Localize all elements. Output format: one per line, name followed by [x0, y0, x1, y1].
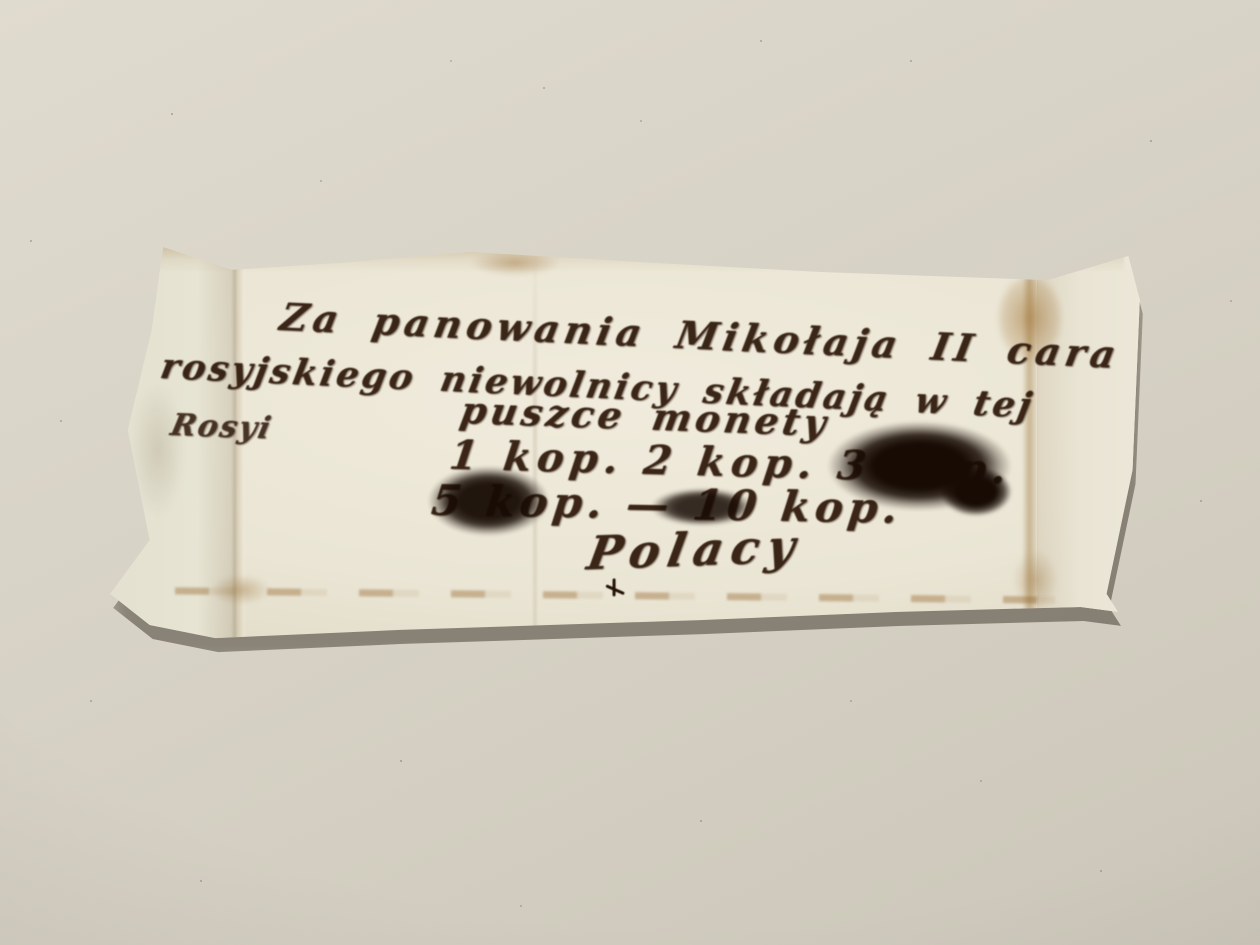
handwriting-line: Rosyi: [168, 408, 276, 446]
table-speckles: [0, 0, 2, 2]
right-fold-crease: [1023, 248, 1037, 642]
top-edge-stain: [126, 246, 1124, 272]
parchment-note: Za panowania Mikołaja II cara rosyjskieg…: [105, 240, 1145, 650]
right-fold-flap: [1037, 240, 1145, 650]
handwriting-line: Polacy: [583, 519, 807, 581]
photo-scene: Za panowania Mikołaja II cara rosyjskieg…: [0, 0, 1260, 945]
